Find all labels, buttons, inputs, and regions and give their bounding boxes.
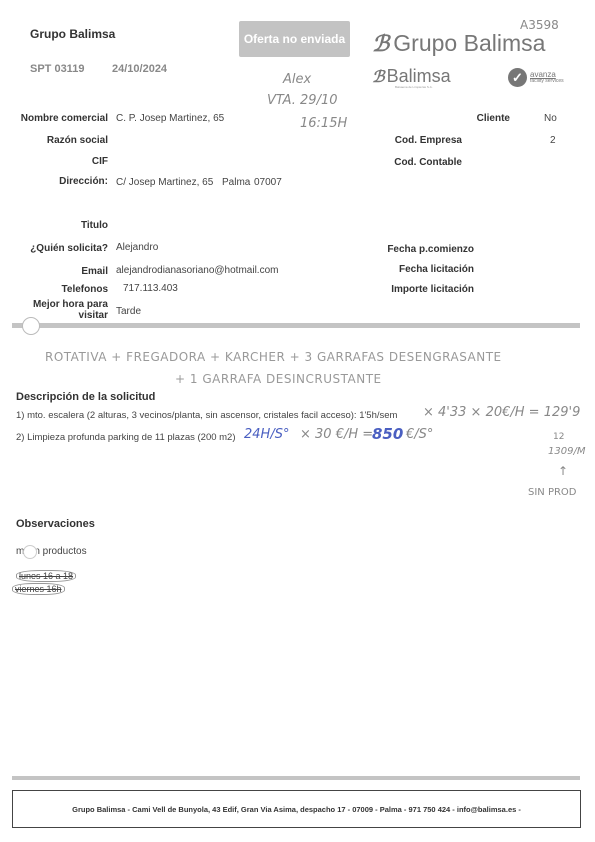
label-importe-licitacion: Importe licitación (370, 284, 474, 295)
handwritten-ref: A3598 (520, 18, 559, 32)
grupo-balimsa-logo: ℬ Grupo Balimsa (372, 30, 545, 57)
margin-arrow-icon: ↑ (558, 464, 568, 478)
margin-note-1: 12 (553, 432, 564, 442)
label-mejor-hora: Mejor hora para visitar (0, 299, 108, 321)
value-postal-code: 07007 (254, 177, 282, 188)
handwritten-suffix-2: €/S° (406, 427, 433, 442)
logo-sub-text: Balimsa (387, 66, 451, 87)
handwritten-visit-2: VTA. 29/10 (267, 93, 338, 108)
offer-status-button[interactable]: Oferta no enviada (239, 21, 350, 57)
label-telefonos: Telefonos (0, 284, 108, 295)
value-cod-empresa: 2 (550, 135, 556, 146)
company-name: Grupo Balimsa (30, 27, 115, 41)
value-city: Palma (222, 177, 250, 188)
balimsa-b-small-icon: ℬ (372, 67, 385, 87)
handwritten-total-2: 850 (372, 425, 403, 443)
label-cliente: Cliente (440, 113, 510, 124)
label-titulo: Titulo (0, 220, 108, 231)
handwritten-visit-1: Alex (283, 72, 311, 87)
label-mejor-hora-line2: visitar (0, 310, 108, 321)
label-cod-empresa: Cod. Empresa (370, 135, 462, 146)
handwritten-materials-2: + 1 GARRAFA DESINCRUSTANTE (175, 372, 382, 386)
label-razon-social: Razón social (0, 135, 108, 146)
label-email: Email (0, 266, 108, 277)
value-cliente: No (544, 113, 557, 124)
balimsa-logo: ℬ Balimsa (372, 66, 451, 87)
section-divider (12, 323, 580, 328)
document-date: 24/10/2024 (112, 63, 167, 75)
handwritten-visit-3: 16:15H (300, 116, 347, 131)
footer-address: Grupo Balimsa - Cami Vell de Bunyola, 43… (12, 790, 581, 828)
description-item-2: 2) Limpieza profunda parking de 11 plaza… (16, 432, 236, 443)
observations-line-3: viernes 16h (12, 584, 65, 594)
margin-note-2: 1309/M (548, 446, 585, 457)
handwritten-hours-2: 24H/S° (244, 427, 289, 442)
label-nombre-comercial: Nombre comercial (0, 113, 108, 124)
logo-main-text: Grupo Balimsa (393, 30, 545, 57)
value-nombre-comercial: C. P. Josep Martinez, 65 (116, 113, 224, 124)
label-direccion: Dirección: (0, 176, 108, 187)
label-mejor-hora-line1: Mejor hora para (0, 299, 108, 310)
label-cod-contable: Cod. Contable (370, 157, 462, 168)
value-mejor-hora: Tarde (116, 306, 141, 317)
description-item-1: 1) mto. escalera (2 alturas, 3 vecinos/p… (16, 410, 397, 421)
value-direccion: C/ Josep Martinez, 65 (116, 177, 213, 188)
spt-code: SPT 03119 (30, 63, 84, 75)
observations-title: Observaciones (16, 518, 95, 530)
value-telefonos: 717.113.403 (123, 283, 178, 294)
label-fecha-comienzo: Fecha p.comienzo (370, 244, 474, 255)
value-email[interactable]: alejandrodianasoriano@hotmail.com (116, 265, 278, 276)
observations-line-2: lunes 16 a 18 (16, 571, 76, 581)
handwritten-calc-2: × 30 €/H = (300, 427, 373, 442)
value-quien-solicita: Alejandro (116, 242, 158, 253)
description-title: Descripción de la solicitud (16, 391, 155, 403)
avanza-logo: ✓ avanza facility services (508, 68, 564, 87)
avanza-caption: facility services (530, 79, 564, 84)
balimsa-b-icon: ℬ (372, 31, 389, 57)
label-quien-solicita: ¿Quién solicita? (0, 243, 108, 254)
footer-divider (12, 776, 580, 780)
divider-knob (22, 317, 40, 335)
struck-text-1: lunes 16 a 18 (16, 570, 76, 582)
handwritten-calc-1: × 4'33 × 20€/H = 129'9 (423, 405, 580, 420)
check-icon: ✓ (508, 68, 527, 87)
observation-knob (23, 545, 37, 559)
struck-text-2: viernes 16h (12, 583, 65, 595)
label-fecha-licitacion: Fecha licitación (370, 264, 474, 275)
margin-note-3: SIN PROD (528, 487, 577, 498)
label-cif: CIF (0, 156, 108, 167)
logo-sub-caption: Balsaena de Limpiezas S.A. (395, 85, 433, 89)
handwritten-materials-1: ROTATIVA + FREGADORA + KARCHER + 3 GARRA… (45, 350, 502, 364)
